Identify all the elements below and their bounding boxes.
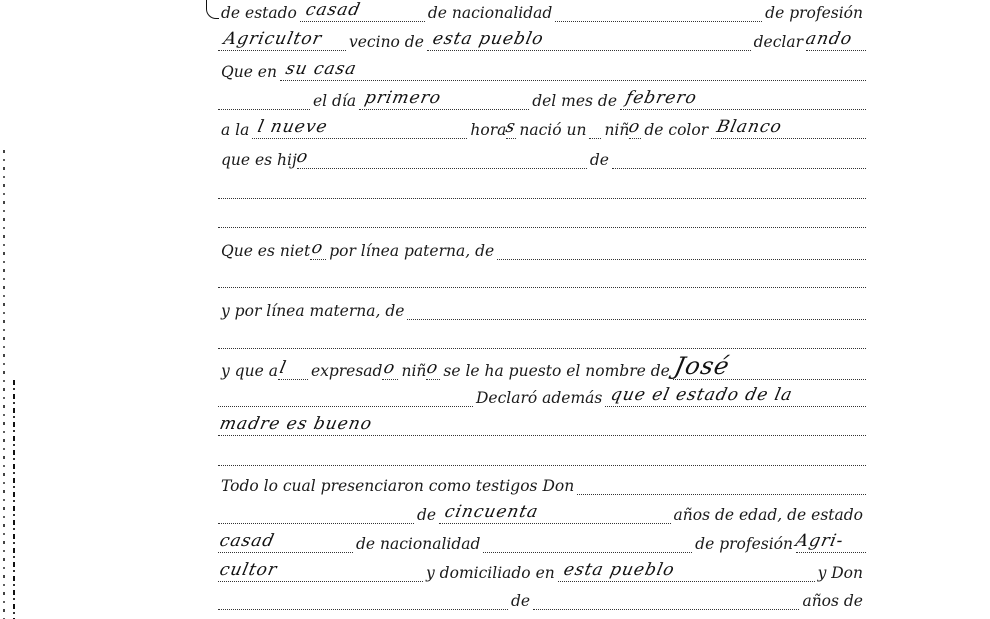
handwritten-value: primero [363,88,443,108]
label: de nacionalidad [353,535,483,553]
label: a la [218,121,252,139]
handwritten-value: o [382,358,398,378]
handwritten-value: ando [804,29,854,49]
handwritten-value: cincuenta [443,502,541,522]
field-dia: primero [359,91,529,110]
form-line-lugar: Que en su casa [218,59,866,83]
field-profesion: Agricultor [218,32,346,51]
form-line-declaro-cont: madre es bueno [218,414,866,438]
label: expresad [308,362,383,380]
field-hijo: o [297,150,587,169]
label: nació un [516,121,589,139]
field-nino-suffix: o [426,361,440,380]
handwritten-value: esta pueblo [431,29,546,49]
label: años de [799,592,866,610]
handwritten-value: s [504,117,518,137]
label: Que en [218,63,280,81]
form-line-padres-cont [218,177,866,201]
form-line-profesion: Agricultor vecino de esta pueblo declar … [218,29,866,53]
field-nacionalidad [555,3,762,22]
handwritten-value: Blanco [715,117,784,137]
handwritten-value: Agri- [794,531,846,551]
label: se le ha puesto el nombre de [440,362,672,380]
label: de color [641,121,711,139]
field-declaro: que el estado de la [605,388,866,407]
field-nieto-suffix: o [310,241,326,260]
field-mes: febrero [620,91,866,110]
field-abuelos-maternos [407,301,866,320]
label: de [587,151,612,169]
form-line-abuelos-maternos-cont [218,327,866,351]
form-line-declaro: Declaró además que el estado de la [218,385,866,409]
field-padres [612,150,866,169]
field-abuelos-paternos-cont [218,269,866,288]
label: el día [310,92,359,110]
form-line-estado: de estado casad de nacionalidad de profe… [218,0,866,24]
field-domicilio: esta pueblo [558,563,815,582]
label: vecino de [346,33,427,51]
field-declar: ando [806,32,866,51]
handwritten-value: o [425,358,441,378]
field-declaro-cont: madre es bueno [218,417,866,436]
field-hora-suffix: s [506,120,516,139]
field-edad: cincuenta [439,505,670,524]
field-vecino: esta pueblo [427,32,751,51]
label: declar [751,33,806,51]
field-hora: l nueve [252,120,467,139]
form-line-dia: el día primero del mes de febrero [218,88,866,112]
field-blank [218,91,310,110]
handwritten-value: José [672,352,733,380]
form-line-testigos: Todo lo cual presenciaron como testigos … [218,473,866,497]
handwritten-value: madre es bueno [218,414,374,434]
label: niñ [398,362,426,380]
field-al: l [278,361,308,380]
field-edad [533,591,799,610]
field-nino-suffix: o [629,120,641,139]
form-line-nombre: y que a l expresad o niñ o se le ha pues… [218,358,866,382]
label: Declaró además [473,389,605,407]
binding-margin-mark [3,150,5,619]
field-estado: casad [300,3,425,22]
handwritten-value: su casa [284,59,359,79]
form-line-hora: a la l nueve hora s nació un niñ o de co… [218,117,866,141]
handwritten-value: esta pueblo [562,560,677,580]
field-blank [218,388,473,407]
form-line-blank [218,444,866,468]
label: niñ [601,121,629,139]
label: hora [467,121,506,139]
label: de [414,506,439,524]
form-line-abuelos-paternos: Que es niet o por línea paterna, de [218,238,866,262]
field-testigo1 [577,476,866,495]
form-line-abuelos-maternos: y por línea materna, de [218,298,866,322]
handwritten-value: casad [218,531,277,551]
label: de estado [218,4,300,22]
form-line-testigo1-estado: casad de nacionalidad de profesión Agri- [218,531,866,555]
field-blank [218,447,866,466]
label: y Don [815,564,866,582]
form-line-abuelos-paternos-cont [218,266,866,290]
field-padres-cont [218,180,866,199]
label: y que a [218,362,278,380]
handwritten-value: cultor [218,560,279,580]
field-nombre: José [673,361,866,380]
label: Que es niet [218,242,310,260]
label: de nacionalidad [425,4,555,22]
handwritten-value: Agricultor [222,29,324,49]
field-lugar: su casa [280,62,866,81]
field-abuelos-paternos [497,241,866,260]
label: y por línea materna, de [218,302,407,320]
field-profesion: Agri- [796,534,866,553]
label: de profesión [692,535,796,553]
field-nacionalidad [483,534,692,553]
document-page: de estado casad de nacionalidad de profe… [0,0,990,619]
form-line-hijo: que es hij o de [218,147,866,171]
form-line-testigo1-domicilio: cultor y domiciliado en esta pueblo y Do… [218,560,866,584]
form-line-testigo1-edad: de cincuenta años de edad, de estado [218,502,866,526]
label: y domiciliado en [423,564,558,582]
field-profesion-cont: cultor [218,563,423,582]
handwritten-value: febrero [624,88,699,108]
handwritten-value: casad [304,0,363,20]
field-expresado-suffix: o [382,361,398,380]
handwritten-value: que el estado de la [609,385,795,405]
form-line-padres-cont2 [218,206,866,230]
label: por línea paterna, de [326,242,497,260]
label: de profesión [762,4,866,22]
label: Todo lo cual presenciaron como testigos … [218,477,577,495]
form-line-testigo2-edad: de años de [218,588,866,612]
field-color: Blanco [711,120,866,139]
field-abuelos-maternos-cont [218,330,866,349]
field-blank [589,120,601,139]
label: de [508,592,533,610]
field-testigo2 [218,591,508,610]
handwritten-value: o [627,117,643,137]
binding-margin-mark [13,380,15,619]
field-estado: casad [218,534,353,553]
handwritten-value: l nueve [256,117,330,137]
field-padres-cont2 [218,209,866,228]
label: años de edad, de estado [671,506,866,524]
handwritten-value: o [310,238,326,258]
field-blank [218,505,414,524]
label: del mes de [529,92,620,110]
handwritten-value: o [295,147,311,167]
handwritten-value: l [278,358,289,378]
label: que es hij [218,151,297,169]
